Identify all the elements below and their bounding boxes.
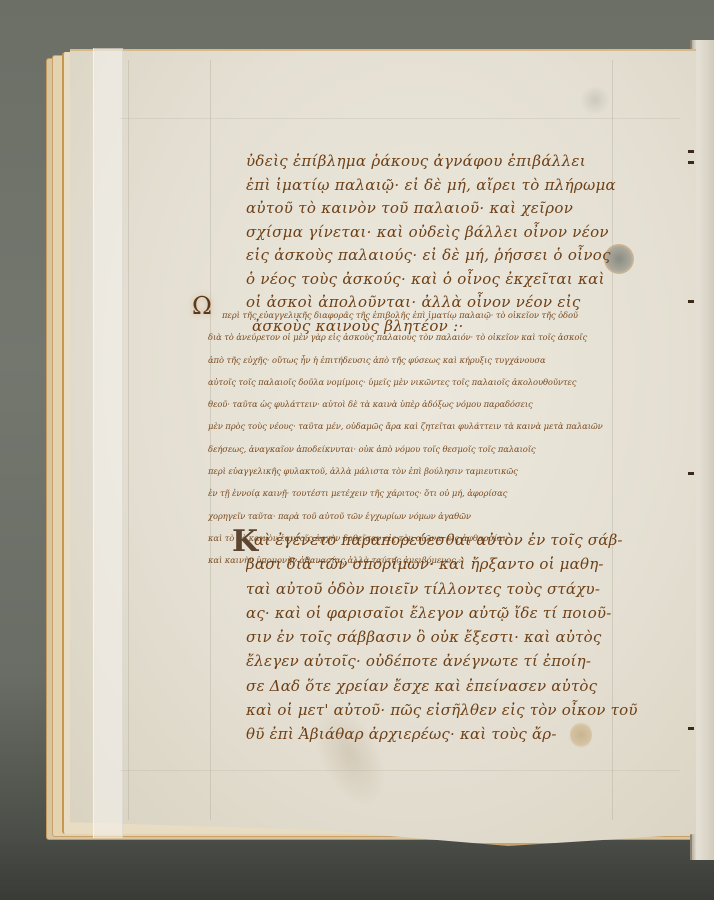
commentary-line: ἐν τῇ ἐννοίᾳ καινῇ· τουτέστι μετέχειν τῆ… bbox=[208, 482, 640, 504]
text-line: ὁ νέος τοὺς ἀσκούς· καὶ ὁ οἶνος ἐκχεῖται… bbox=[246, 268, 616, 292]
commentary-line: περὶ τῆς εὐαγγελικῆς διαφορᾶς τῆς ἐπιβολ… bbox=[208, 304, 640, 326]
ruling-line bbox=[120, 770, 680, 771]
text-line: ἔλεγεν αὐτοῖς· οὐδέποτε ἀνέγνωτε τί ἐποί… bbox=[246, 649, 638, 673]
text-line: σε Δαδ ὅτε χρείαν ἔσχε καὶ ἐπείνασεν αὐτ… bbox=[246, 674, 638, 698]
text-line: εἰς ἀσκοὺς παλαιούς· εἰ δὲ μή, ῥήσσει ὁ … bbox=[246, 244, 616, 268]
pricking-mark bbox=[688, 727, 694, 730]
text-line: βασι διὰ τῶν σπορίμων· καὶ ἤρξαντο οἱ μα… bbox=[246, 552, 638, 576]
pricking-mark bbox=[688, 472, 694, 475]
main-text-lower: αὶ ἐγένετο παραπορεύεσθαι αὐτὸν ἐν τοῖς … bbox=[246, 528, 638, 747]
pricking-mark bbox=[688, 300, 694, 303]
text-line: σιν ἐν τοῖς σάββασιν ὃ οὐκ ἔξεστι· καὶ α… bbox=[246, 625, 638, 649]
text-line: θῦ ἐπὶ Ἀβιάθαρ ἀρχιερέως· καὶ τοὺς ἄρ- bbox=[246, 722, 638, 746]
commentary-line: ἀπὸ τῆς εὐχῆς· οὕτως ἦν ἡ ἐπιτήδευσις ἀπ… bbox=[208, 349, 640, 371]
commentary-line: χορηγεῖν ταῦτα· παρὰ τοῦ αὐτοῦ τῶν ἐγχωρ… bbox=[208, 505, 640, 527]
commentary-line: δεήσεως, ἀναγκαῖον ἀποδείκνυται· οὐκ ἀπὸ… bbox=[208, 438, 640, 460]
commentary-line: αὐτοῖς τοῖς παλαιοῖς δοῦλα νομίμοις· ὑμε… bbox=[208, 371, 640, 393]
pricking-mark bbox=[688, 161, 694, 164]
text-line: σχίσμα γίνεται· καὶ οὐδεὶς βάλλει οἶνον … bbox=[246, 221, 616, 245]
text-line: αὶ ἐγένετο παραπορεύεσθαι αὐτὸν ἐν τοῖς … bbox=[254, 528, 638, 552]
ruling-line bbox=[120, 118, 680, 119]
text-line: ταὶ αὐτοῦ ὁδὸν ποιεῖν τίλλοντες τοὺς στά… bbox=[246, 577, 638, 601]
commentary-line: μὲν πρὸς τοὺς νέους· ταῦτα μέν, οὐδαμῶς … bbox=[208, 415, 640, 437]
commentary-line: περὶ εὐαγγελικῆς φυλακτοῦ, ἀλλὰ μάλιστα … bbox=[208, 460, 640, 482]
commentary-line: θεοῦ· ταῦτα ὡς φυλάττειν· αὐτοὶ δὲ τὰ κα… bbox=[208, 393, 640, 415]
commentary-line: διὰ τὸ ἀνεύρετον οἱ μὲν γὰρ εἰς ἀσκοὺς π… bbox=[208, 326, 640, 348]
text-line: αὐτοῦ τὸ καινὸν τοῦ παλαιοῦ· καὶ χεῖρον bbox=[246, 197, 616, 221]
ruling-line bbox=[128, 60, 129, 820]
text-line: ας· καὶ οἱ φαρισαῖοι ἔλεγον αὐτῷ ἴδε τί … bbox=[246, 601, 638, 625]
text-line: ὐδεὶς ἐπίβλημα ῥάκους ἀγνάφου ἐπιβάλλει bbox=[246, 150, 616, 174]
pricking-mark bbox=[688, 150, 694, 153]
water-stain bbox=[580, 85, 610, 115]
text-line: ἐπὶ ἱματίῳ παλαιῷ· εἰ δὲ μή, αἴρει τὸ πλ… bbox=[246, 174, 616, 198]
repair-tape-strip bbox=[93, 48, 123, 838]
table-surface-shadow bbox=[0, 840, 714, 900]
text-line: καὶ οἱ μετ' αὐτοῦ· πῶς εἰσῆλθεν εἰς τὸν … bbox=[246, 698, 638, 722]
